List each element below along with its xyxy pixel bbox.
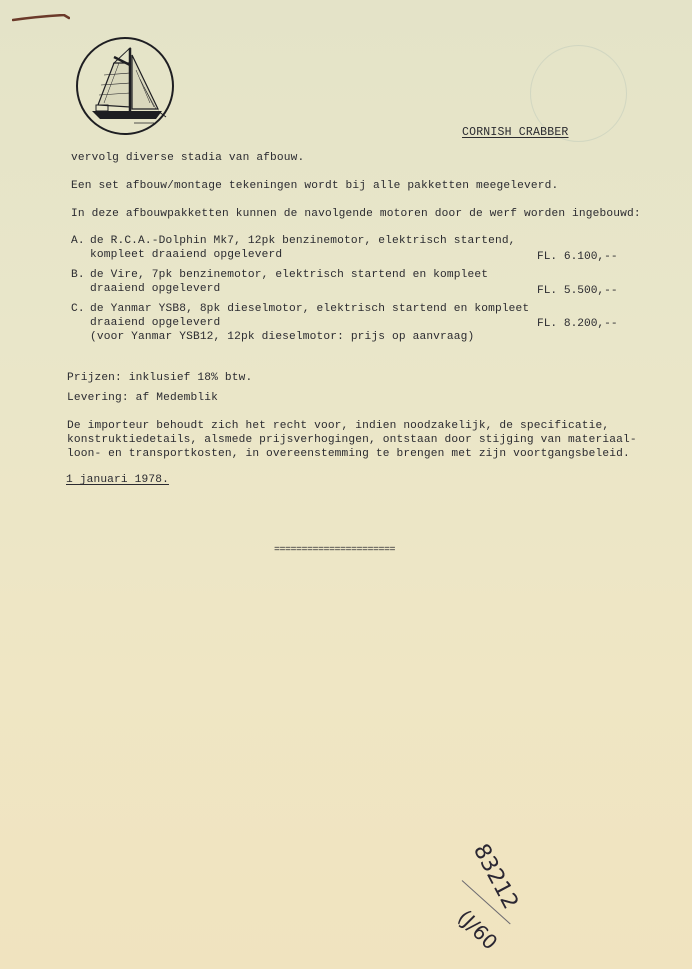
- disclaimer-line-2: konstruktiedetails, alsmede prijsverhogi…: [67, 434, 637, 446]
- engine-letter: A.: [71, 235, 85, 247]
- engine-description: de R.C.A.-Dolphin Mk7, 12pk benzinemotor…: [90, 235, 516, 247]
- handwritten-mark: (J/60: [453, 905, 502, 954]
- engine-price: FL. 5.500,--: [537, 285, 618, 297]
- delivery-note: Levering: af Medemblik: [67, 392, 218, 404]
- engine-description: de Vire, 7pk benzinemotor, elektrisch st…: [90, 269, 488, 281]
- engine-description-cont: draaiend opgeleverd: [90, 317, 220, 329]
- separator-rule: ======================: [274, 545, 395, 556]
- disclaimer-line-1: De importeur behoudt zich het recht voor…: [67, 420, 609, 432]
- engine-description: de Yanmar YSB8, 8pk dieselmotor, elektri…: [90, 303, 529, 315]
- handwritten-number: 83212: [468, 840, 523, 914]
- stain-mark: [12, 14, 70, 22]
- engine-description-cont: kompleet draaiend opgeleverd: [90, 249, 282, 261]
- engine-price: FL. 8.200,--: [537, 318, 618, 330]
- document-page: CORNISH CRABBER vervolg diverse stadia v…: [0, 0, 692, 969]
- sailboat-logo-icon: [74, 35, 176, 137]
- engine-description-cont: draaiend opgeleverd: [90, 283, 220, 295]
- drawings-line: Een set afbouw/montage tekeningen wordt …: [71, 180, 558, 192]
- prices-note: Prijzen: inklusief 18% btw.: [67, 372, 252, 384]
- engine-letter: C.: [71, 303, 85, 315]
- engines-intro: In deze afbouwpakketten kunnen de navolg…: [71, 208, 641, 220]
- engine-letter: B.: [71, 269, 85, 281]
- intro-line: vervolg diverse stadia van afbouw.: [71, 152, 304, 164]
- document-heading: CORNISH CRABBER: [462, 126, 569, 139]
- document-date: 1 januari 1978.: [66, 474, 169, 486]
- engine-price: FL. 6.100,--: [537, 251, 618, 263]
- disclaimer-line-3: loon- en transportkosten, in overeenstem…: [67, 448, 630, 460]
- engine-note: (voor Yanmar YSB12, 12pk dieselmotor: pr…: [90, 331, 474, 343]
